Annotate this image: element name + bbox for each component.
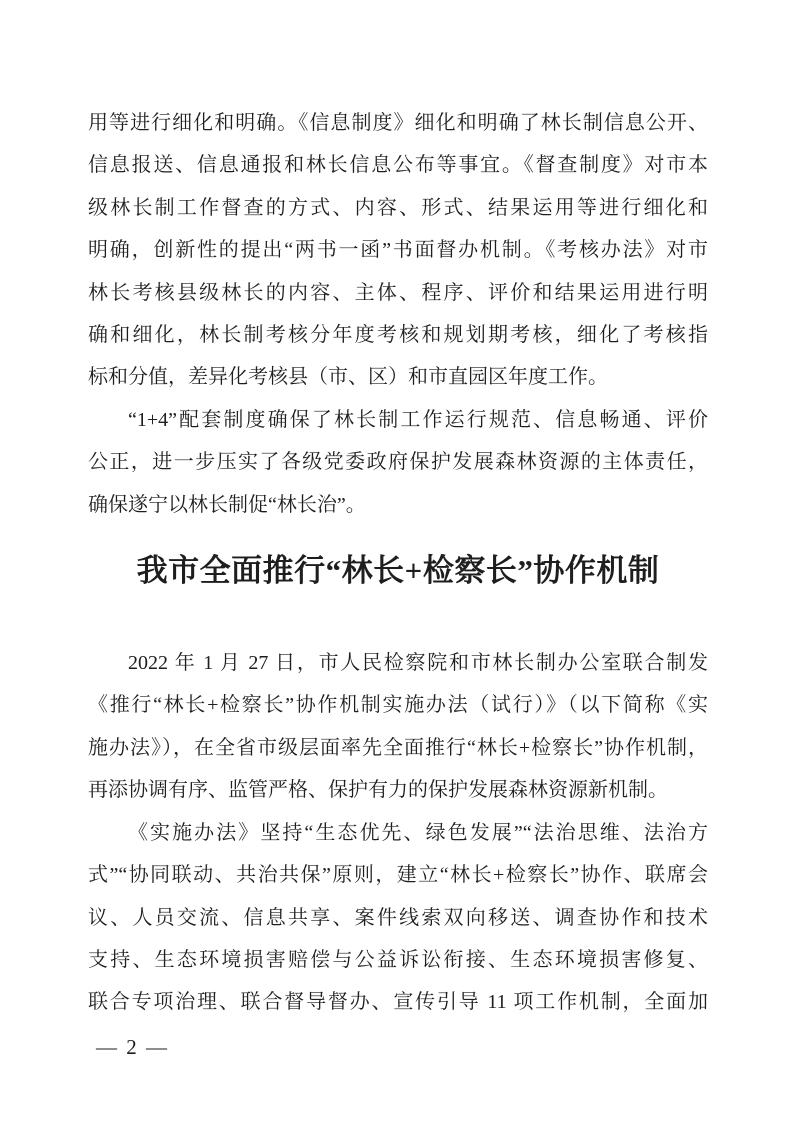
text-line: 确和细化，林长制考核分年度考核和规划期考核，细化了考核指 <box>88 314 708 356</box>
document-page: 用等进行细化和明确。《信息制度》细化和明确了林长制信息公开、信息报送、信息通报和… <box>0 0 793 1122</box>
paragraph: 2022 年 1 月 27 日，市人民检察院和市林长制办公室联合制发《推行“林长… <box>88 642 708 812</box>
text-line: 施办法》），在全省市级层面率先全面推行“林长+检察长”协作机制， <box>88 727 708 769</box>
text-line: 再添协调有序、监管严格、保护有力的保护发展森林资源新机制。 <box>88 769 708 811</box>
text-line: 级林长制工作督查的方式、内容、形式、结果运用等进行细化和 <box>88 187 708 229</box>
text-line: 《实施办法》坚持“生态优先、绿色发展”“法治思维、法治方 <box>88 812 708 854</box>
text-line: 用等进行细化和明确。《信息制度》细化和明确了林长制信息公开、 <box>88 102 708 144</box>
text-line: 《推行“林长+检察长”协作机制实施办法（试行）》（以下简称《实 <box>88 684 708 726</box>
text-line: 联合专项治理、联合督导督办、宣传引导 11 项工作机制，全面加 <box>88 981 708 1023</box>
paragraph: “1+4”配套制度确保了林长制工作运行规范、信息畅通、评价公正，进一步压实了各级… <box>88 399 708 526</box>
text-line: 确保遂宁以林长制促“林长治”。 <box>88 484 708 526</box>
section-heading: 我市全面推行“林长+检察长”协作机制 <box>88 549 708 593</box>
text-line: 公正，进一步压实了各级党委政府保护发展森林资源的主体责任， <box>88 441 708 483</box>
text-line: 明确，创新性的提出“两书一函”书面督办机制。《考核办法》对市 <box>88 229 708 271</box>
text-line: 林长考核县级林长的内容、主体、程序、评价和结果运用进行明 <box>88 272 708 314</box>
text-line: “1+4”配套制度确保了林长制工作运行规范、信息畅通、评价 <box>88 399 708 441</box>
text-line: 2022 年 1 月 27 日，市人民检察院和市林长制办公室联合制发 <box>88 642 708 684</box>
text-line: 式”“协同联动、共治共保”原则，建立“林长+检察长”协作、联席会 <box>88 854 708 896</box>
text-line: 议、人员交流、信息共享、案件线索双向移送、调查协作和技术 <box>88 897 708 939</box>
text-line: 标和分值，差异化考核县（市、区）和市直园区年度工作。 <box>88 356 708 398</box>
text-line: 信息报送、信息通报和林长信息公布等事宜。《督查制度》对市本 <box>88 144 708 186</box>
text-line: 支持、生态环境损害赔偿与公益诉讼衔接、生态环境损害修复、 <box>88 939 708 981</box>
paragraph: 《实施办法》坚持“生态优先、绿色发展”“法治思维、法治方式”“协同联动、共治共保… <box>88 812 708 1024</box>
document-body: 用等进行细化和明确。《信息制度》细化和明确了林长制信息公开、信息报送、信息通报和… <box>88 102 708 1024</box>
page-number: — 2 — <box>96 1026 169 1068</box>
paragraph: 用等进行细化和明确。《信息制度》细化和明确了林长制信息公开、信息报送、信息通报和… <box>88 102 708 399</box>
